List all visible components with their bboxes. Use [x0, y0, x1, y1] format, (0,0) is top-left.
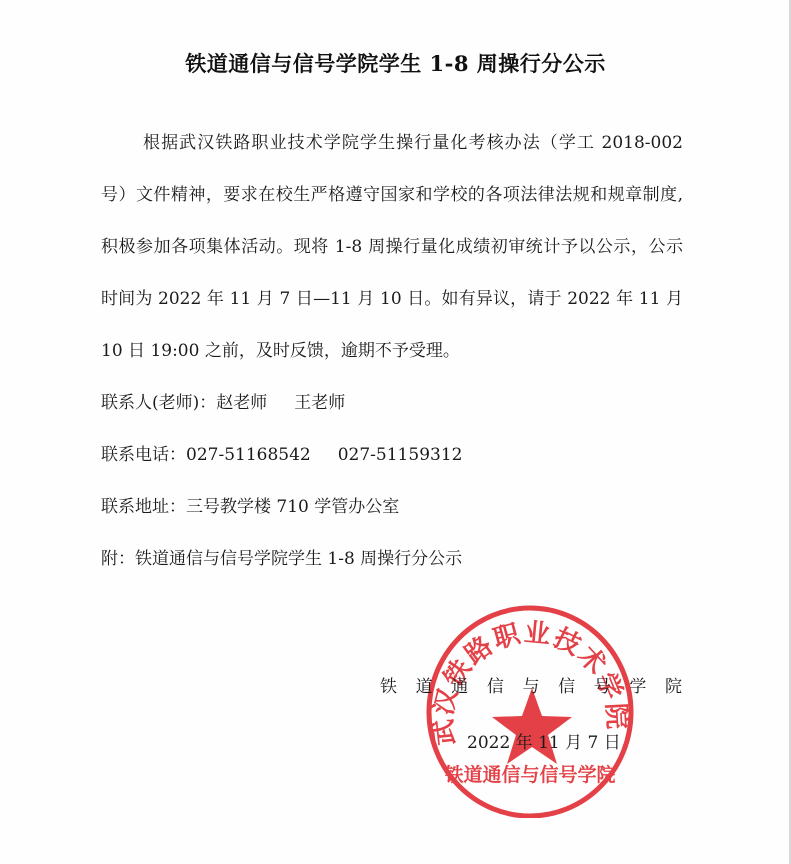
sig-char: 铁 — [380, 672, 397, 697]
stamp-inner-text: 铁道通信与信号学院 — [443, 763, 615, 786]
sig-char: 信 — [487, 672, 504, 697]
document-title: 铁道通信与信号学院学生 1-8 周操行分公示 — [0, 48, 791, 78]
main-paragraph: 根据武汉铁路职业技术学院学生操行量化考核办法（学工 2018-002 号）文件精… — [101, 117, 683, 377]
signature-org: 铁 道 通 信 与 信 号 学 院 — [380, 672, 682, 697]
contact-address: 联系地址：三号教学楼 710 学管办公室 — [101, 481, 683, 533]
document-body: 根据武汉铁路职业技术学院学生操行量化考核办法（学工 2018-002 号）文件精… — [101, 117, 683, 585]
sig-char: 学 — [629, 672, 646, 697]
sig-char: 院 — [665, 672, 682, 697]
contact-phone: 联系电话：027-51168542 027-51159312 — [101, 429, 683, 481]
official-seal-icon: 武汉铁路职业技术学院 铁道通信与信号学院 — [425, 600, 635, 818]
sig-char: 道 — [416, 672, 433, 697]
sig-char: 号 — [594, 672, 611, 697]
signature-date: 2022 年 11 月 7 日 — [467, 728, 621, 753]
sig-char: 通 — [451, 672, 468, 697]
contact-person: 联系人(老师)：赵老师 王老师 — [101, 377, 683, 429]
sig-char: 与 — [523, 672, 540, 697]
sig-char: 信 — [558, 672, 575, 697]
attachment-link[interactable]: 附：铁道通信与信号学院学生 1-8 周操行分公示 — [101, 533, 683, 585]
